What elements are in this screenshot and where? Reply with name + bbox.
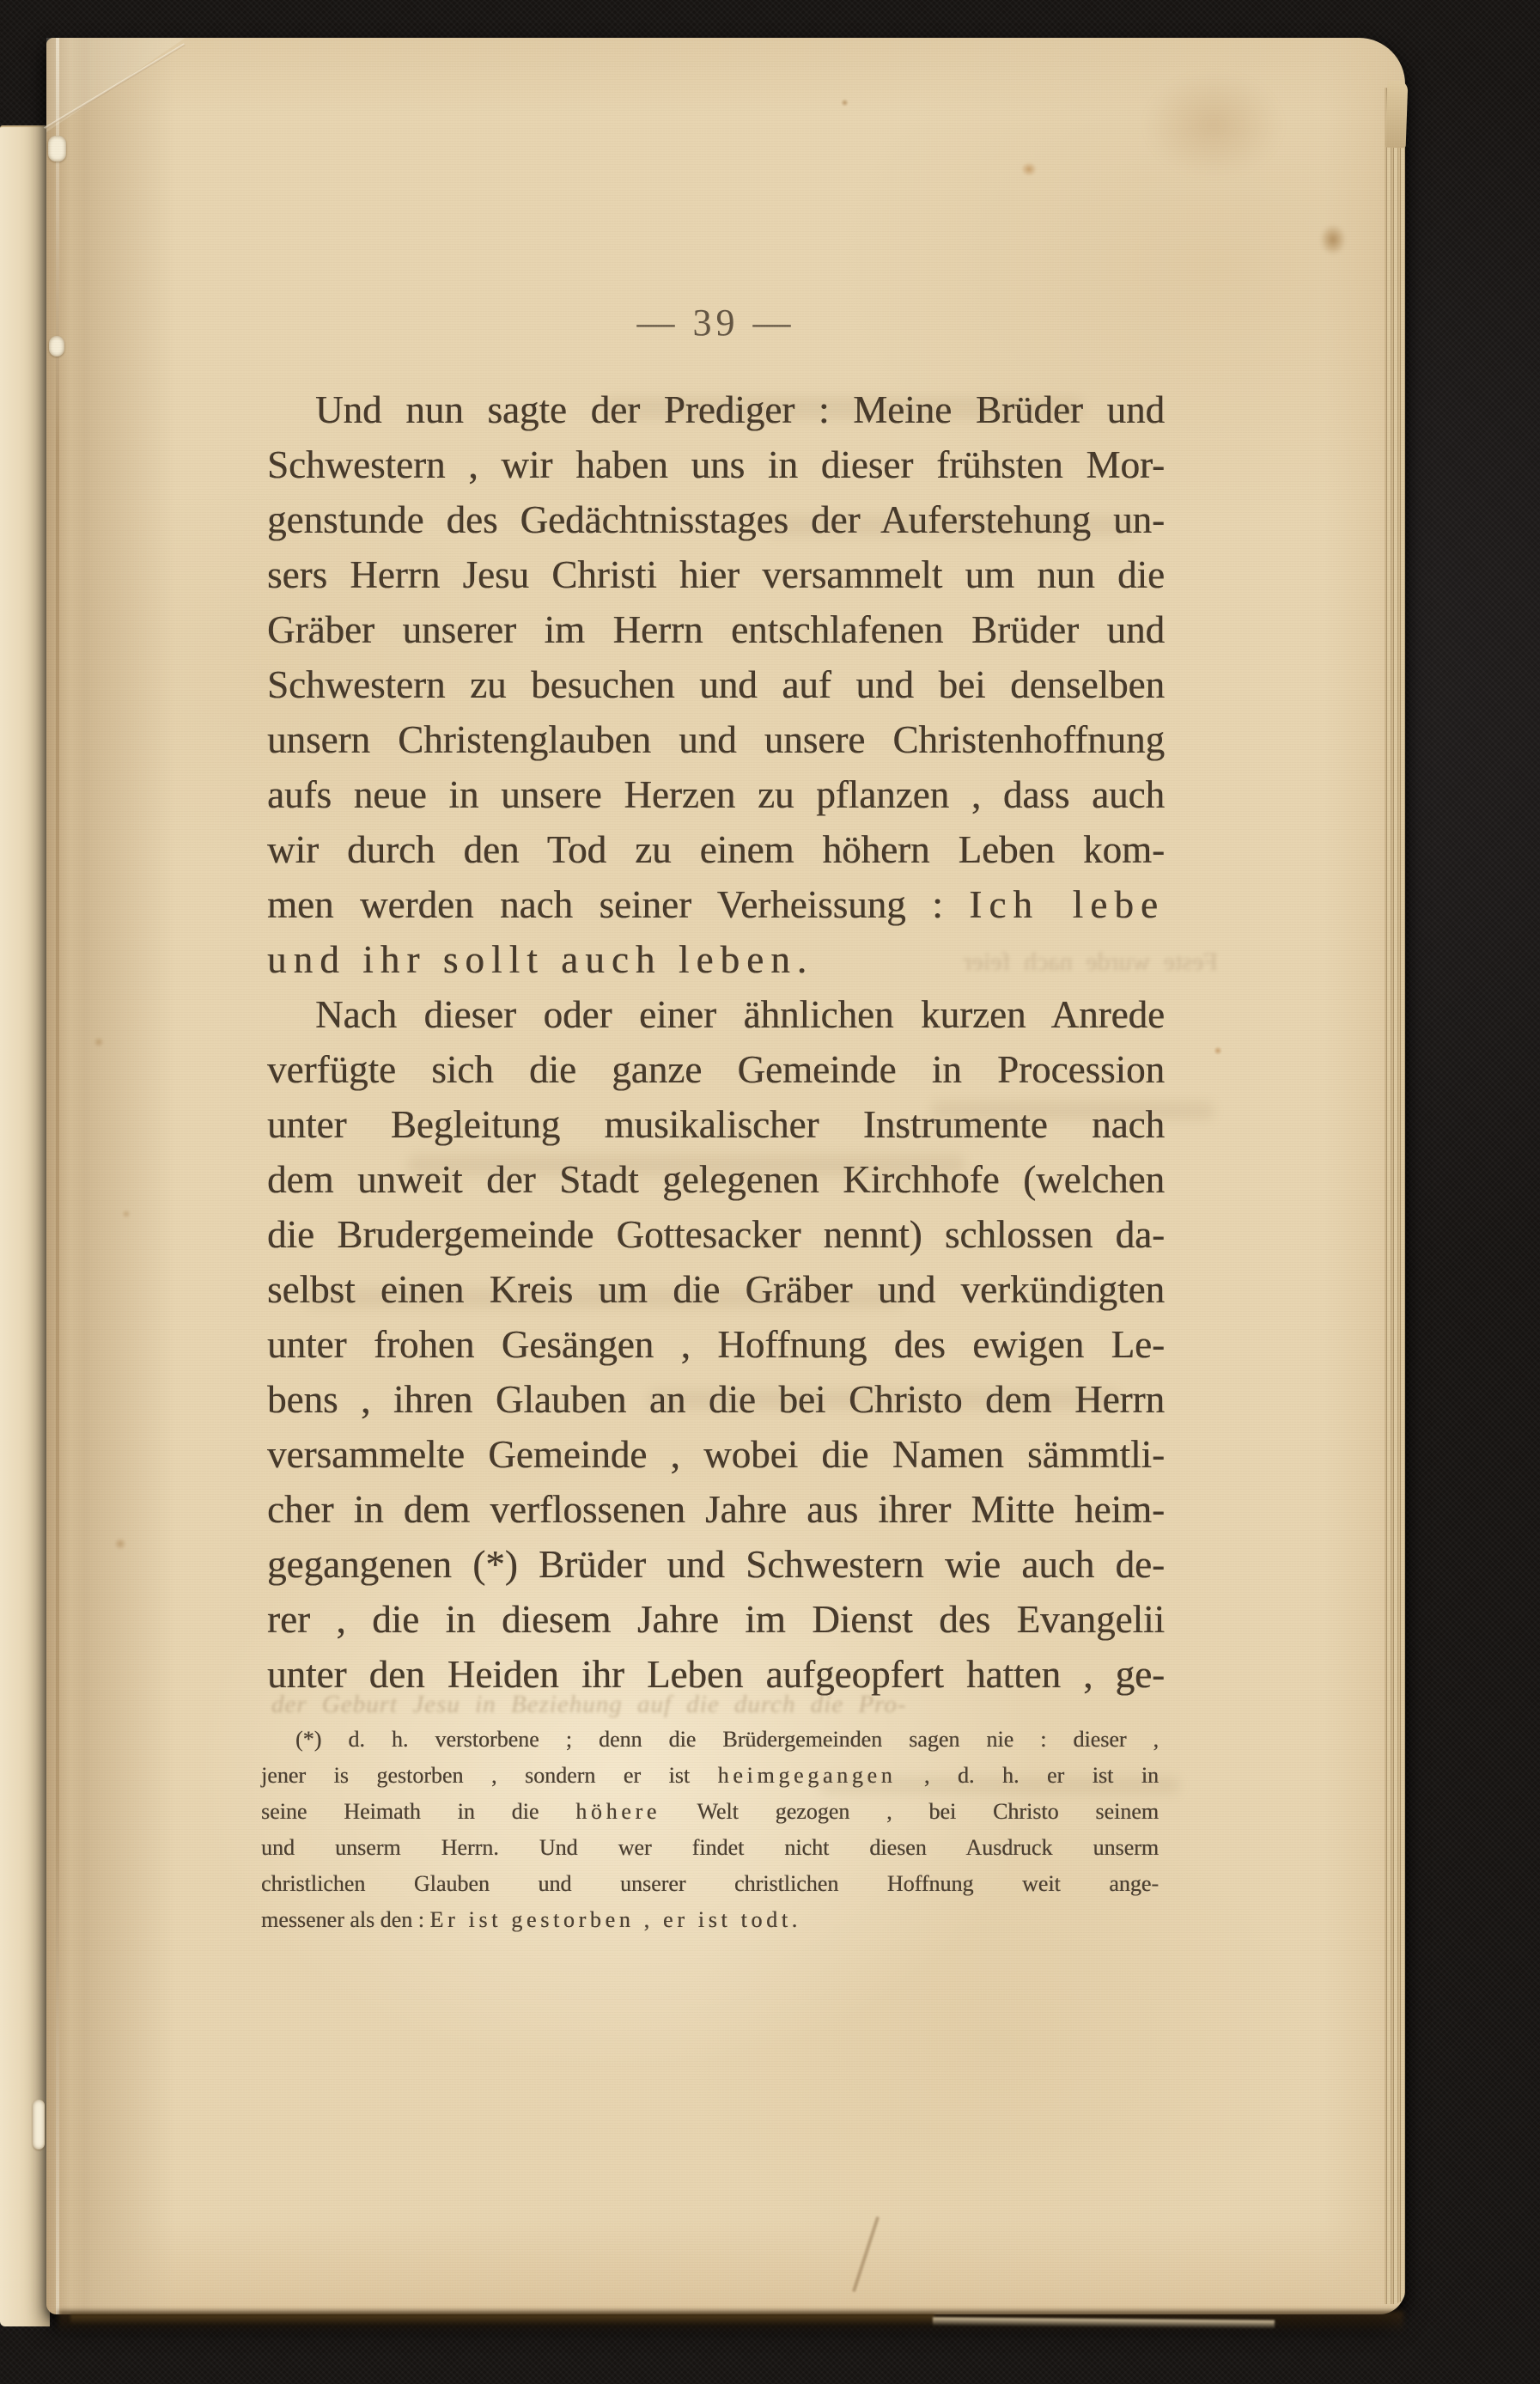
binding-thread: [33, 2100, 45, 2149]
text-line: gegangenen (*) Brüder und Schwestern wie…: [267, 1537, 1165, 1592]
text-segment: unsern Christenglauben und unsere Christ…: [267, 718, 1165, 761]
text-line: unsern Christenglauben und unsere Christ…: [267, 712, 1165, 767]
text-line: genstunde des Gedächtnisstages der Aufer…: [267, 492, 1165, 547]
text-segment: Schwestern zu besuchen und auf und bei d…: [267, 663, 1165, 706]
gutter-crease: [56, 38, 59, 2314]
text-segment: unter frohen Gesängen , Hoffnung des ewi…: [267, 1323, 1165, 1366]
text-segment: Nach dieser oder einer ähnlichen kurzen …: [315, 993, 1165, 1036]
text-segment: selbst einen Kreis um die Gräber und ver…: [267, 1268, 1165, 1311]
text-segment: verfügte sich die ganze Gemeinde in Proc…: [267, 1048, 1165, 1091]
text-line: Und nun sagte der Prediger : Meine Brüde…: [267, 382, 1165, 437]
text-line: bens , ihren Glauben an die bei Christo …: [267, 1372, 1165, 1427]
text-segment: men werden nach seiner Verheissung :: [267, 883, 969, 926]
binding-thread: [48, 136, 66, 162]
adjacent-page-edge: [0, 125, 50, 2326]
text-line: aufs neue in unsere Herzen zu pflanzen ,…: [267, 767, 1165, 822]
text-line: christlichen Glauben und unserer christl…: [261, 1866, 1159, 1902]
text-line: sers Herrn Jesu Christi hier versammelt …: [267, 547, 1165, 602]
text-line: und ihr sollt auch leben.: [267, 932, 1165, 987]
text-segment: christlichen Glauben und unserer christl…: [261, 1871, 1159, 1896]
text-segment: höhere: [575, 1799, 660, 1824]
text-segment: Er ist gestorben , er ist todt.: [429, 1907, 800, 1932]
text-line: messener als den : Er ist gestorben , er…: [261, 1902, 1159, 1938]
gutter-shadow: [46, 38, 184, 2314]
text-segment: sers Herrn Jesu Christi hier versammelt …: [267, 553, 1165, 596]
text-segment: rer , die in diesem Jahre im Dienst des …: [267, 1598, 1165, 1641]
body-text: Und nun sagte der Prediger : Meine Brüde…: [267, 382, 1165, 1702]
text-line: men werden nach seiner Verheissung : Ich…: [267, 877, 1165, 932]
text-line: Gräber unserer im Herrn entschlafenen Br…: [267, 602, 1165, 657]
text-segment: (*) d. h. verstorbene ; denn die Brüderg…: [295, 1727, 1159, 1752]
text-segment: aufs neue in unsere Herzen zu pflanzen ,…: [267, 773, 1165, 816]
scan-background: Feste wurde nach feier — 39 — Und nun sa…: [0, 0, 1540, 2384]
page-edges: [1385, 88, 1405, 2304]
text-segment: Schwestern , wir haben uns in dieser frü…: [267, 443, 1165, 486]
text-segment: cher in dem verflossenen Jahre aus ihrer…: [267, 1488, 1165, 1531]
book-page: Feste wurde nach feier — 39 — Und nun sa…: [46, 38, 1405, 2314]
text-segment: messener als den :: [261, 1907, 429, 1932]
page-number: — 39 —: [267, 292, 1165, 354]
text-line: seine Heimath in die höhere Welt gezogen…: [261, 1794, 1159, 1830]
text-line: unter frohen Gesängen , Hoffnung des ewi…: [267, 1317, 1165, 1372]
text-segment: Ich lebe: [969, 883, 1165, 926]
text-line: Schwestern , wir haben uns in dieser frü…: [267, 437, 1165, 492]
text-segment: dem unweit der Stadt gelegenen Kirchhofe…: [267, 1158, 1165, 1201]
text-line: versammelte Gemeinde , wobei die Namen s…: [267, 1427, 1165, 1482]
text-segment: Welt gezogen , bei Christo seinem: [660, 1799, 1159, 1824]
text-segment: bens , ihren Glauben an die bei Christo …: [267, 1378, 1165, 1421]
text-segment: genstunde des Gedächtnisstages der Aufer…: [267, 498, 1165, 541]
text-segment: Gräber unserer im Herrn entschlafenen Br…: [267, 608, 1165, 651]
text-segment: wir durch den Tod zu einem höhern Leben …: [267, 828, 1165, 871]
text-segment: die Brudergemeinde Gottesacker nennt) sc…: [267, 1213, 1165, 1256]
text-line: rer , die in diesem Jahre im Dienst des …: [267, 1592, 1165, 1647]
binding-thread: [49, 336, 64, 357]
text-line: cher in dem verflossenen Jahre aus ihrer…: [267, 1482, 1165, 1537]
text-line: die Brudergemeinde Gottesacker nennt) sc…: [267, 1207, 1165, 1262]
underleaf-corner: [1385, 81, 1409, 149]
show-through-line: der Geburt Jesu in Beziehung auf die dur…: [271, 1687, 1156, 1722]
text-line: (*) d. h. verstorbene ; denn die Brüderg…: [261, 1722, 1159, 1758]
text-segment: Und nun sagte der Prediger : Meine Brüde…: [315, 388, 1165, 431]
footnote-text: (*) d. h. verstorbene ; denn die Brüderg…: [261, 1722, 1159, 1938]
text-line: unter Begleitung musikalischer Instrumen…: [267, 1097, 1165, 1152]
text-segment: heimgegangen: [718, 1763, 897, 1788]
text-line: jener is gestorben , sondern er ist heim…: [261, 1758, 1159, 1794]
text-line: Nach dieser oder einer ähnlichen kurzen …: [267, 987, 1165, 1042]
text-segment: und unserm Herrn. Und wer findet nicht d…: [261, 1835, 1159, 1860]
text-segment: unter Begleitung musikalischer Instrumen…: [267, 1103, 1165, 1146]
page-bottom-leaf-edge: [70, 2314, 934, 2325]
text-line: wir durch den Tod zu einem höhern Leben …: [267, 822, 1165, 877]
text-segment: gegangenen (*) Brüder und Schwestern wie…: [267, 1543, 1165, 1586]
text-line: dem unweit der Stadt gelegenen Kirchhofe…: [267, 1152, 1165, 1207]
text-line: selbst einen Kreis um die Gräber und ver…: [267, 1262, 1165, 1317]
text-segment: seine Heimath in die: [261, 1799, 575, 1824]
text-segment: , d. h. er ist in: [896, 1763, 1159, 1788]
text-segment: und ihr sollt auch leben.: [267, 938, 813, 981]
text-segment: versammelte Gemeinde , wobei die Namen s…: [267, 1433, 1165, 1476]
text-line: und unserm Herrn. Und wer findet nicht d…: [261, 1830, 1159, 1866]
text-line: Schwestern zu besuchen und auf und bei d…: [267, 657, 1165, 712]
text-segment: jener is gestorben , sondern er ist: [261, 1763, 718, 1788]
text-line: verfügte sich die ganze Gemeinde in Proc…: [267, 1042, 1165, 1097]
